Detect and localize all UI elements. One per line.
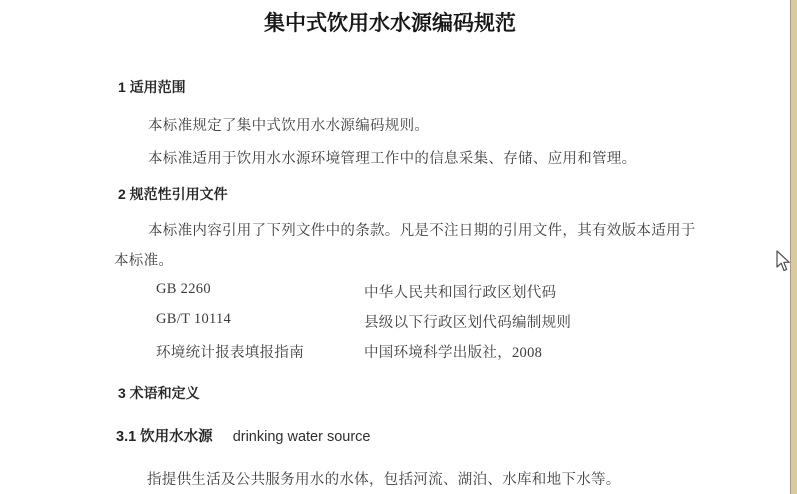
section-2-intro-line-2: 本标准。 <box>114 249 173 270</box>
reference-name: 中国环境科学出版社，2008 <box>364 341 542 362</box>
document-page: 集中式饮用水水源编码规范 1 适用范围 本标准规定了集中式饮用水水源编码规则。 … <box>0 0 797 494</box>
section-1-heading: 1 适用范围 <box>118 77 186 97</box>
reference-code: 环境统计报表填报指南 <box>156 341 304 362</box>
section-1-paragraph-1: 本标准规定了集中式饮用水水源编码规则。 <box>148 114 429 135</box>
reference-code: GB 2260 <box>156 281 211 298</box>
reference-code: GB/T 10114 <box>156 311 231 328</box>
term-label-english: drinking water source <box>233 429 371 445</box>
section-2-heading: 2 规范性引用文件 <box>118 184 228 204</box>
term-definition-heading: 3.1 饮用水水源 drinking water source <box>116 425 371 446</box>
mouse-cursor-icon <box>776 250 791 273</box>
document-title: 集中式饮用水水源编码规范 <box>0 7 780 37</box>
reference-name: 县级以下行政区划代码编制规则 <box>364 311 571 332</box>
section-1-paragraph-2: 本标准适用于饮用水水源环境管理工作中的信息采集、存储、应用和管理。 <box>148 147 636 168</box>
term-definition-text: 指提供生活及公共服务用水的水体，包括河流、湖泊、水库和地下水等。 <box>147 468 621 489</box>
term-label-chinese: 3.1 饮用水水源 <box>116 429 213 445</box>
right-edge-strip <box>790 0 797 494</box>
section-3-heading: 3 术语和定义 <box>118 383 200 403</box>
reference-name: 中华人民共和国行政区划代码 <box>364 281 556 302</box>
section-2-intro-line-1: 本标准内容引用了下列文件中的条款。凡是不注日期的引用文件，其有效版本适用于 <box>148 219 696 240</box>
